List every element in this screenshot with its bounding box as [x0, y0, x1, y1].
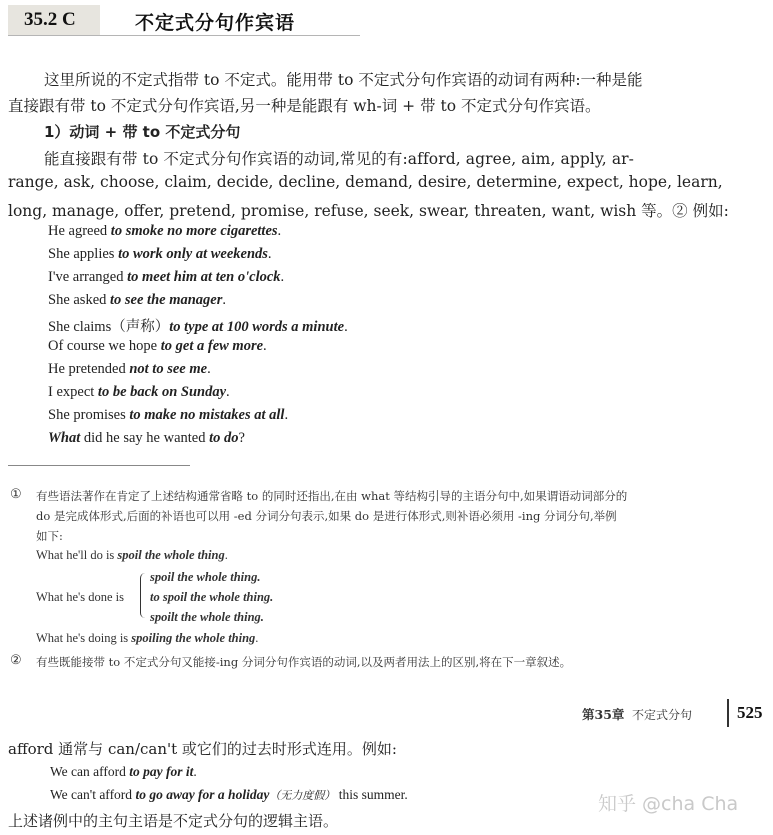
example-sentence: He agreed to smoke no more cigarettes. — [48, 223, 281, 240]
verb-list-line-3: long, manage, offer, pretend, promise, r… — [8, 199, 729, 221]
page-number: 525 — [737, 703, 763, 723]
footnote-option: spoil the whole thing. — [150, 570, 260, 585]
watermark: 知乎 @cha Cha — [598, 789, 738, 816]
example-sentence: She applies to work only at weekends. — [48, 246, 272, 263]
footnote-example: What he'll do is spoil the whole thing. — [36, 548, 228, 563]
example-sentence: She claims（声称）to type at 100 words a min… — [48, 315, 348, 336]
footnote-separator — [8, 465, 190, 466]
afford-conclusion: 上述诸例中的主句主语是不定式分句的逻辑主语。 — [8, 810, 338, 831]
brace-bracket — [140, 573, 147, 618]
footnote-example: What he's doing is spoiling the whole th… — [36, 631, 258, 646]
subsection-heading: 1）动词 + 带 to 不定式分句 — [44, 121, 240, 142]
footer-divider — [727, 699, 729, 727]
footnote-1-line-3: 如下: — [36, 528, 63, 544]
afford-example: We can afford to pay for it. — [50, 764, 197, 780]
footnote-option: spoilt the whole thing. — [150, 610, 264, 625]
afford-example: We can't afford to go away for a holiday… — [50, 787, 408, 803]
example-sentence: She promises to make no mistakes at all. — [48, 407, 288, 424]
example-sentence: I've arranged to meet him at ten o'clock… — [48, 269, 284, 286]
verb-list-line-2: range, ask, choose, claim, decide, decli… — [8, 173, 723, 191]
header-rule — [8, 35, 360, 36]
footnote-2-marker: ② — [10, 653, 22, 668]
example-sentence: He pretended not to see me. — [48, 361, 211, 378]
example-sentence: I expect to be back on Sunday. — [48, 384, 230, 401]
section-number: 35.2 C — [24, 9, 76, 31]
footnote-option: to spoil the whole thing. — [150, 590, 273, 605]
footnote-example-label: What he's done is — [36, 590, 124, 605]
footnote-2-text: 有些既能接带 to 不定式分句又能接-ing 分词分句作宾语的动词,以及两者用法… — [36, 654, 571, 670]
footnote-1-line-1: 有些语法著作在肯定了上述结构通常省略 to 的同时还指出,在由 what 等结构… — [36, 488, 627, 504]
section-title: 不定式分句作宾语 — [135, 8, 295, 35]
intro-line-1: 这里所说的不定式指带 to 不定式。能用带 to 不定式分句作宾语的动词有两种:… — [44, 68, 643, 90]
chapter-label: 第35章 不定式分句 — [582, 705, 692, 723]
example-sentence: She asked to see the manager. — [48, 292, 226, 309]
verb-list-line-1: 能直接跟有带 to 不定式分句作宾语的动词,常见的有:afford, agree… — [44, 147, 634, 169]
intro-line-2: 直接跟有带 to 不定式分句作宾语,另一种是能跟有 wh-词 + 带 to 不定… — [8, 94, 601, 116]
example-sentence: Of course we hope to get a few more. — [48, 338, 267, 355]
afford-note: afford 通常与 can/can't 或它们的过去时形式连用。例如: — [8, 738, 397, 759]
footnote-1-line-2: do 是完成体形式,后面的补语也可以用 -ed 分词分句表示,如果 do 是进行… — [36, 508, 617, 524]
example-sentence: What did he say he wanted to do? — [48, 430, 245, 447]
footnote-1-marker: ① — [10, 487, 22, 502]
